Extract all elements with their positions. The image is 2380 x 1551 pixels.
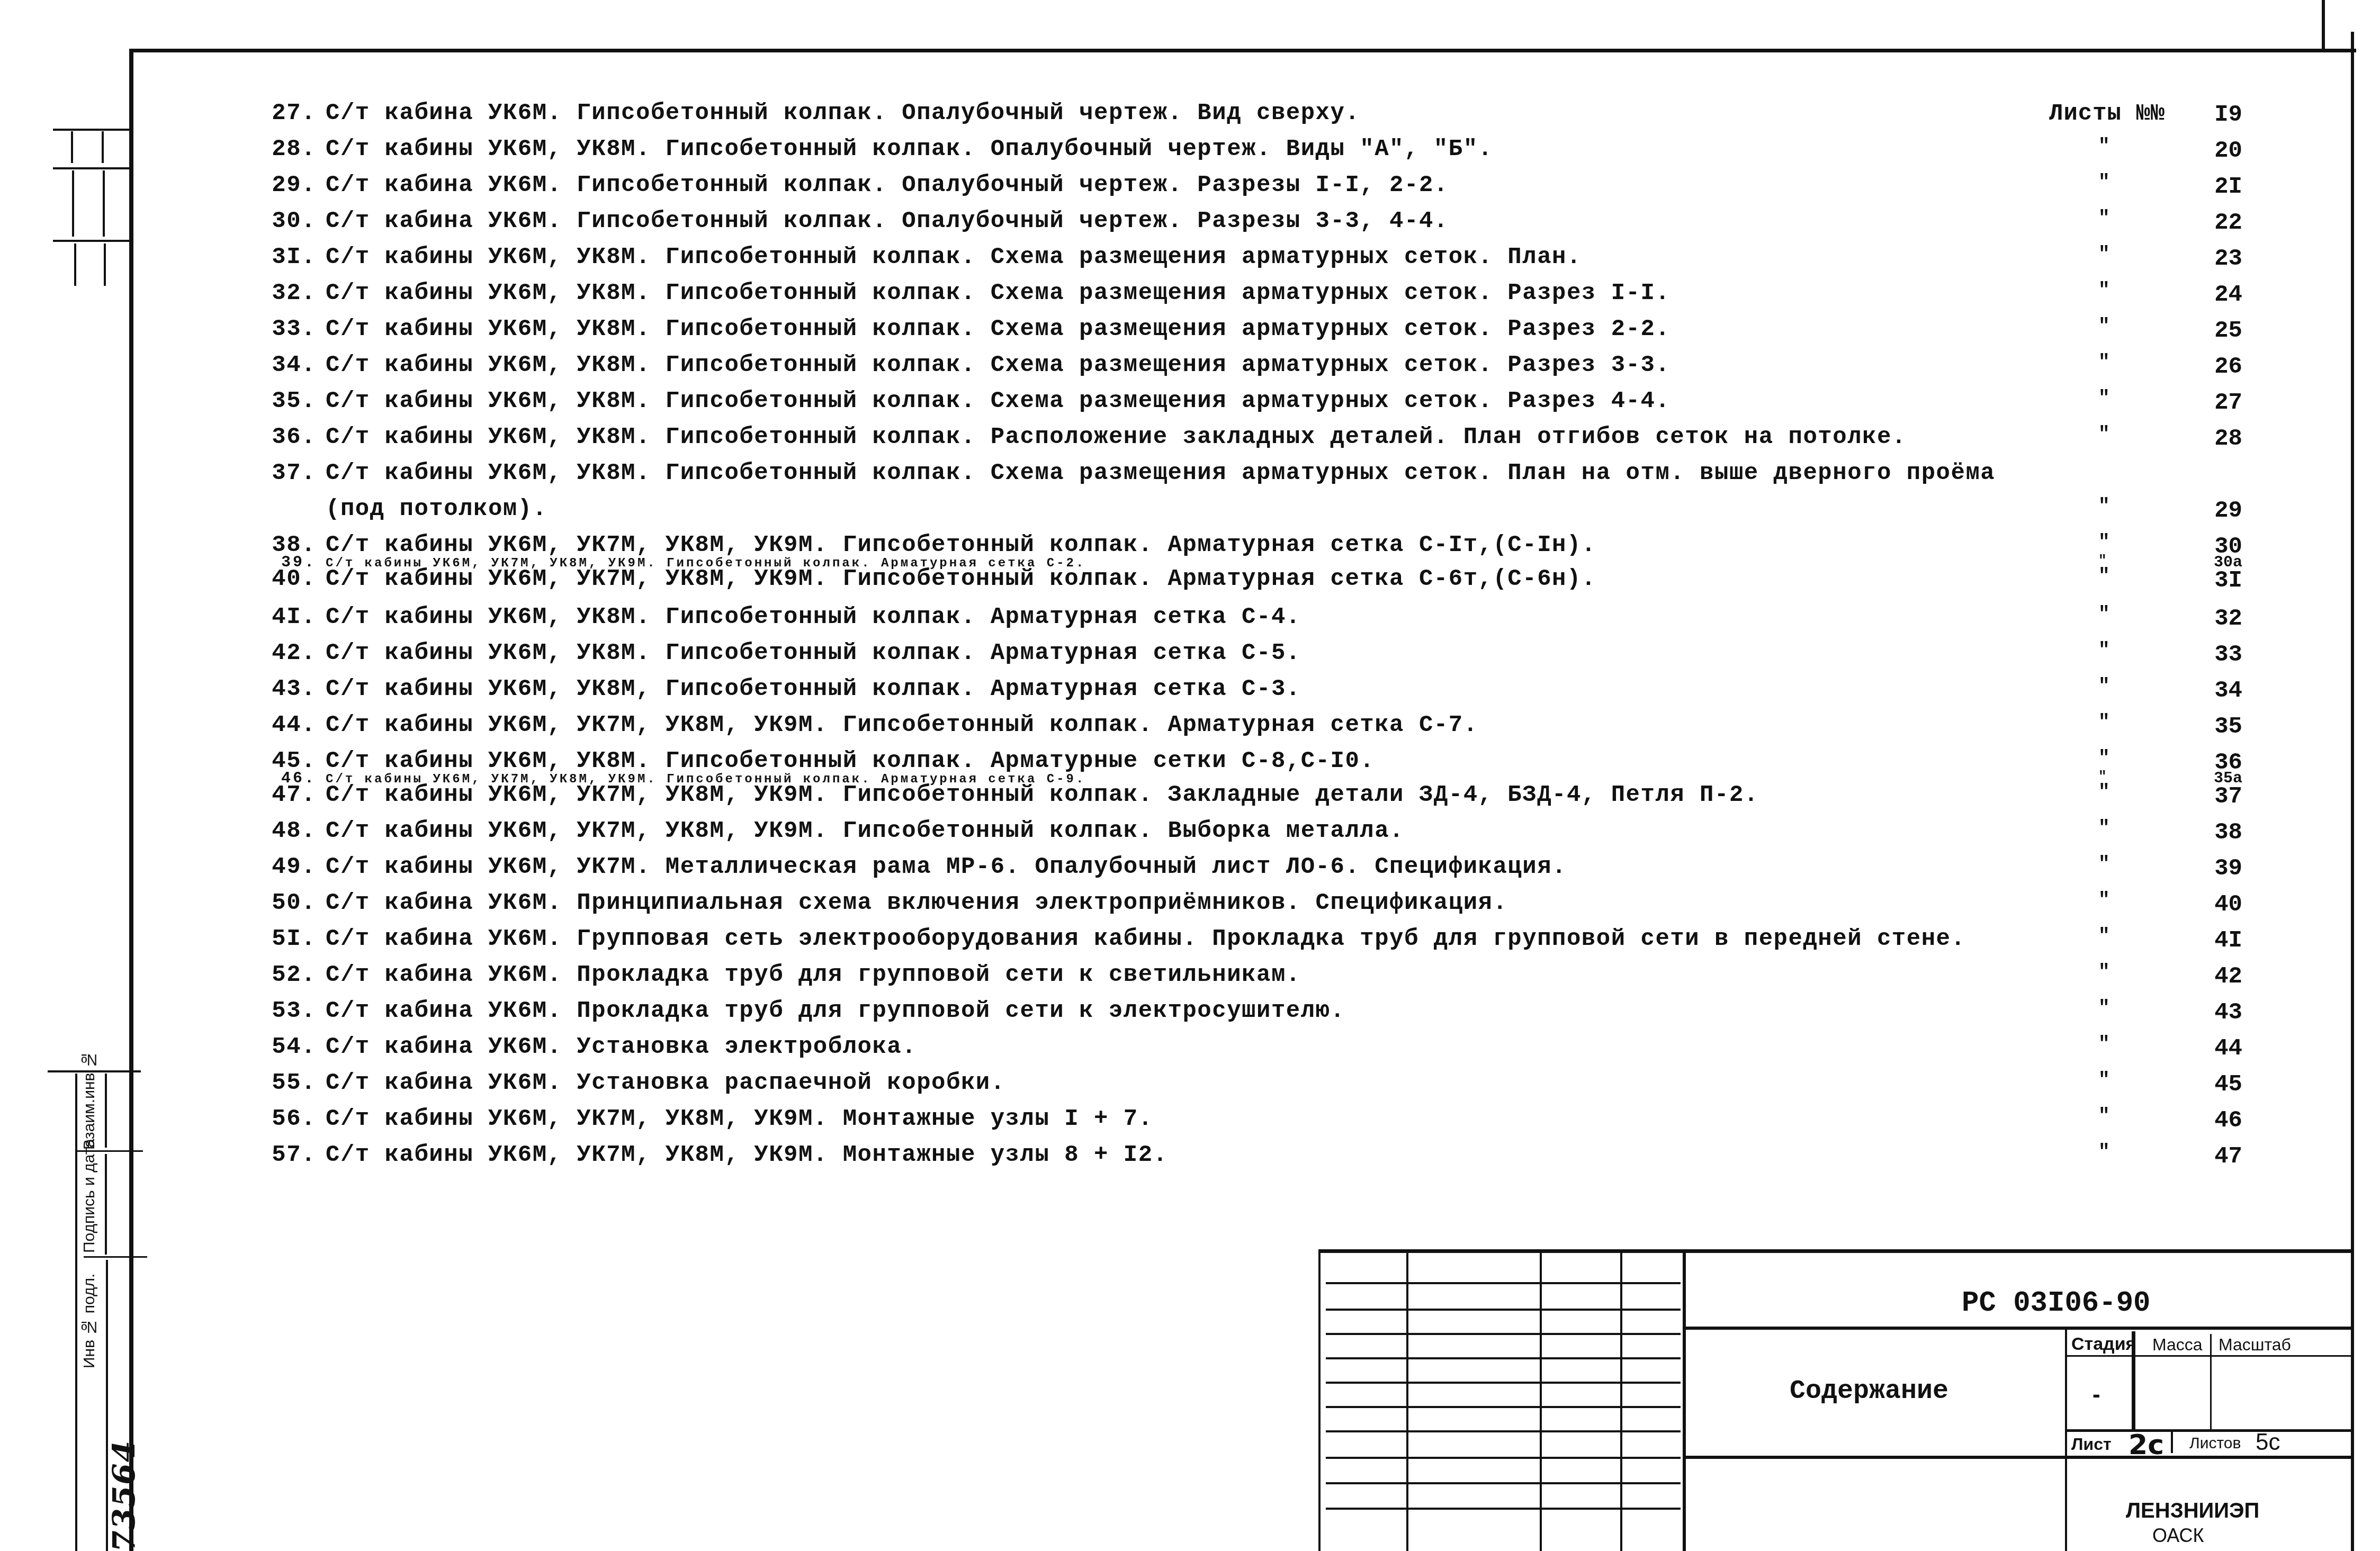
sheet-number: 39 xyxy=(2205,855,2242,882)
ditto-mark: " xyxy=(2098,244,2110,265)
ditto-mark: " xyxy=(2098,639,2110,661)
list-item: 29.С/т кабина УК6М. Гипсобетонный колпак… xyxy=(267,174,1449,197)
ditto-mark: " xyxy=(2098,495,2110,517)
ditto-mark: " xyxy=(2098,279,2110,301)
ditto-mark: " xyxy=(2098,1105,2110,1127)
frame-top-border xyxy=(131,49,2356,52)
list-item: 36.С/т кабины УК6М, УК8М. Гипсобетонный … xyxy=(267,426,1907,449)
sheet-number: 2I xyxy=(2205,174,2242,200)
ditto-mark: " xyxy=(2098,603,2110,625)
sheet-number: 29 xyxy=(2205,498,2242,524)
list-item: 3I.С/т кабины УК6М, УК8М. Гипсобетонный … xyxy=(267,246,1582,269)
ditto-mark: " xyxy=(2098,747,2110,769)
ditto-mark: " xyxy=(2098,531,2110,553)
organization-division: ОАСК xyxy=(2152,1525,2204,1547)
list-item: 50.С/т кабина УК6М. Принципиальная схема… xyxy=(267,891,1507,915)
sheet-number: I9 xyxy=(2205,102,2242,128)
list-item: 54.С/т кабина УК6М. Установка электробло… xyxy=(267,1035,917,1059)
ditto-mark: " xyxy=(2098,889,2110,911)
sheet-number: 45 xyxy=(2205,1071,2242,1098)
organization-name: ЛЕНЗНИИЭП xyxy=(2126,1499,2259,1523)
total-sheets-label: Листов xyxy=(2189,1435,2241,1453)
list-item: 48.С/т кабины УК6М, УК7М, УК8М, УК9М. Ги… xyxy=(267,819,1404,843)
sheet-number: 33 xyxy=(2205,642,2242,668)
list-item: 57.С/т кабины УК6М, УК7М, УК8М, УК9М. Мо… xyxy=(267,1143,1168,1167)
list-item: 30.С/т кабина УК6М. Гипсобетонный колпак… xyxy=(267,210,1449,233)
ditto-mark: " xyxy=(2098,387,2110,409)
list-item: 34.С/т кабины УК6М, УК8М. Гипсобетонный … xyxy=(267,354,1670,377)
total-sheets-value: 5с xyxy=(2256,1429,2280,1456)
list-item: 49.С/т кабины УК6М, УК7М. Металлическая … xyxy=(267,855,1567,879)
list-item: 53.С/т кабина УК6М. Прокладка труб для г… xyxy=(267,999,1345,1023)
sheet-number: 27 xyxy=(2205,390,2242,416)
stage-value: - xyxy=(2092,1382,2100,1408)
list-item: 40.С/т кабины УК6М, УК7М, УК8М, УК9М. Ги… xyxy=(267,567,1596,591)
sheet-number: 42 xyxy=(2205,963,2242,990)
list-item: 33.С/т кабины УК6М, УК8М. Гипсобетонный … xyxy=(267,318,1670,341)
ditto-mark: " xyxy=(2098,781,2110,803)
scale-label: Масштаб xyxy=(2219,1335,2291,1355)
sheet-label: Лист xyxy=(2071,1435,2112,1454)
list-item: 56.С/т кабины УК6М, УК7М, УК8М, УК9М. Мо… xyxy=(267,1107,1153,1131)
corner-sheet-box: 7 xyxy=(2322,0,2357,49)
title-block: РС 03I06-90 Содержание Стадия - Масса Ма… xyxy=(1318,1249,2354,1551)
margin-label-signature-date: Подпись и дата xyxy=(80,1155,98,1253)
list-item: 43.С/т кабины УК6М, УК8М, Гипсобетонный … xyxy=(267,678,1301,701)
sheet-number: 35 xyxy=(2205,714,2242,740)
ditto-mark: " xyxy=(2098,423,2110,445)
list-item: 55.С/т кабина УК6М. Установка распаечной… xyxy=(267,1071,1005,1095)
list-item: 4I.С/т кабины УК6М, УК8М. Гипсобетонный … xyxy=(267,606,1301,629)
sheet-number: 28 xyxy=(2205,426,2242,452)
ditto-mark: " xyxy=(2098,853,2110,875)
list-item: 52.С/т кабина УК6М. Прокладка труб для г… xyxy=(267,963,1301,987)
sheets-column-header: Листы №№ xyxy=(2049,101,2165,127)
list-item: 44.С/т кабины УК6М, УК7М, УК8М, УК9М. Ги… xyxy=(267,714,1478,737)
document-designation: РС 03I06-90 xyxy=(1962,1287,2150,1320)
list-item: 28.С/т кабины УК6М, УК8М. Гипсобетонный … xyxy=(267,138,1493,161)
list-item: 32.С/т кабины УК6М, УК8М. Гипсобетонный … xyxy=(267,282,1670,305)
list-item: 42.С/т кабины УК6М, УК8М. Гипсобетонный … xyxy=(267,642,1301,665)
ditto-mark: " xyxy=(2098,675,2110,697)
sheet-number: 40 xyxy=(2205,891,2242,918)
stage-label: Стадия xyxy=(2071,1334,2136,1355)
sheet-number: 34 xyxy=(2205,678,2242,704)
ditto-mark: " xyxy=(2098,1033,2110,1055)
inventory-number-handwritten: 73564 xyxy=(106,1440,142,1551)
ditto-mark: " xyxy=(2098,136,2110,157)
list-item: 38.С/т кабины УК6М, УК7М, УК8М, УК9М. Ги… xyxy=(267,534,1596,557)
margin-label-original-inv: Инв № подл. xyxy=(80,1263,98,1368)
ditto-mark: " xyxy=(2098,711,2110,733)
sheet-number: 22 xyxy=(2205,210,2242,236)
list-item-continuation: (под потолком). xyxy=(267,498,547,521)
ditto-mark: " xyxy=(2098,925,2110,947)
sheet-number: 3I xyxy=(2205,567,2242,594)
ditto-mark: " xyxy=(2098,961,2110,983)
sheet-number: 38 xyxy=(2205,819,2242,846)
list-item: 35.С/т кабины УК6М, УК8М. Гипсобетонный … xyxy=(267,390,1670,413)
ditto-mark: " xyxy=(2098,817,2110,839)
list-item: 47.С/т кабины УК6М, УК7М, УК8М, УК9М. Ги… xyxy=(267,783,1759,807)
sheet-number: 23 xyxy=(2205,246,2242,272)
sheet-number: 46 xyxy=(2205,1107,2242,1134)
sheet-number: 32 xyxy=(2205,606,2242,632)
ditto-mark: " xyxy=(2098,351,2110,373)
list-item: 45.С/т кабины УК6М, УК8М. Гипсобетонный … xyxy=(267,750,1375,773)
sheet-number: 43 xyxy=(2205,999,2242,1026)
ditto-mark: " xyxy=(2098,1141,2110,1163)
ditto-mark: " xyxy=(2098,172,2110,193)
ditto-mark: " xyxy=(2098,565,2110,587)
ditto-mark: " xyxy=(2098,997,2110,1019)
list-item: 5I.С/т кабина УК6М. Групповая сеть элект… xyxy=(267,927,1965,951)
sheet-number: 47 xyxy=(2205,1143,2242,1170)
sheet-number: 37 xyxy=(2205,783,2242,810)
sheet-value: 2с xyxy=(2128,1429,2164,1461)
ditto-mark: " xyxy=(2098,315,2110,337)
frame-left-border xyxy=(129,49,133,1551)
ditto-mark: " xyxy=(2098,1069,2110,1091)
sheet-number: 25 xyxy=(2205,318,2242,344)
sheet-number: 26 xyxy=(2205,354,2242,380)
ditto-mark: " xyxy=(2098,208,2110,229)
sheet-number: 4I xyxy=(2205,927,2242,954)
sheet-number: 20 xyxy=(2205,138,2242,164)
mass-label: Масса xyxy=(2152,1335,2203,1355)
list-item: 37.С/т кабины УК6М, УК8М. Гипсобетонный … xyxy=(267,462,1995,485)
sheet-number: 44 xyxy=(2205,1035,2242,1062)
sheet-number: 24 xyxy=(2205,282,2242,308)
list-item: 27.С/т кабина УК6М. Гипсобетонный колпак… xyxy=(267,102,1360,125)
document-title: Содержание xyxy=(1790,1376,1948,1406)
